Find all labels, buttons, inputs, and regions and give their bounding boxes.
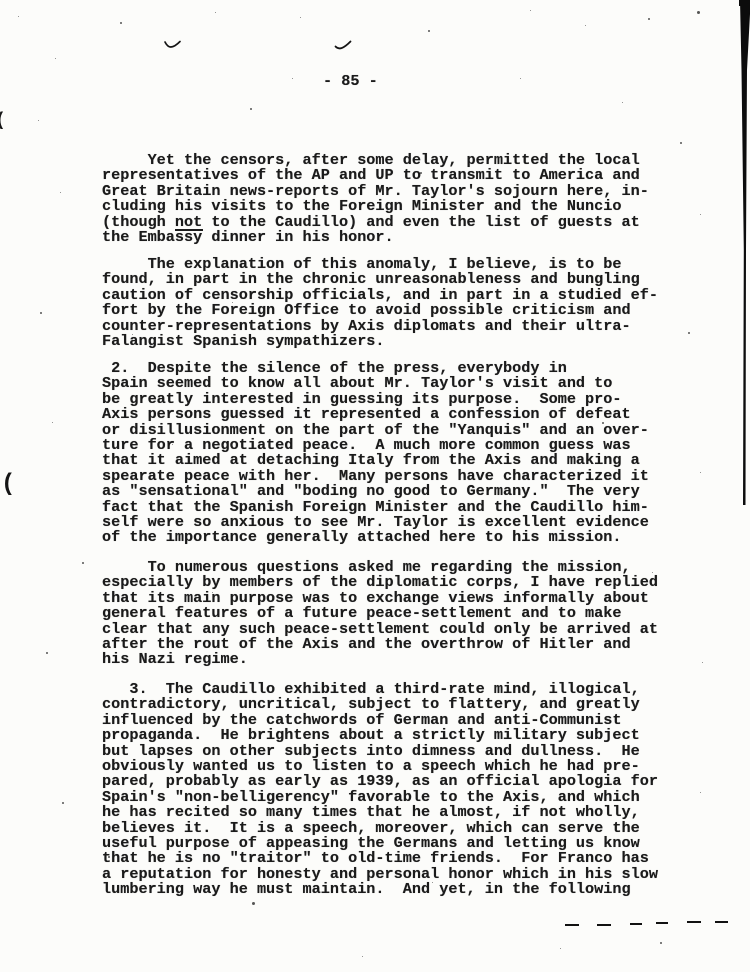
paragraph-numerous-questions: To numerous questions asked me regarding…	[102, 560, 658, 668]
paragraph-explanation: The explanation of this anomaly, I belie…	[102, 257, 658, 349]
underline-not-word	[175, 229, 203, 231]
dash-segment	[565, 924, 579, 926]
dash-segment	[656, 922, 668, 924]
dash-segment	[715, 921, 728, 923]
margin-paren-top-mark: (	[0, 112, 6, 130]
paragraph-item-2: 2. Despite the silence of the press, eve…	[102, 361, 649, 546]
page-number: - 85 -	[323, 74, 378, 89]
paragraph-censors: Yet the censors, after some delay, permi…	[102, 153, 649, 245]
dash-segment	[630, 923, 642, 925]
scan-mark-check-right	[334, 39, 354, 53]
dash-segment	[687, 921, 701, 923]
scanned-document-page: - 85 - Yet the censors, after some delay…	[0, 0, 750, 972]
scan-mark-check-left	[163, 38, 183, 52]
dash-segment	[597, 924, 611, 926]
paragraph-item-3: 3. The Caudillo exhibited a third-rate m…	[102, 682, 658, 898]
margin-paren-bottom-mark: (	[1, 476, 15, 494]
